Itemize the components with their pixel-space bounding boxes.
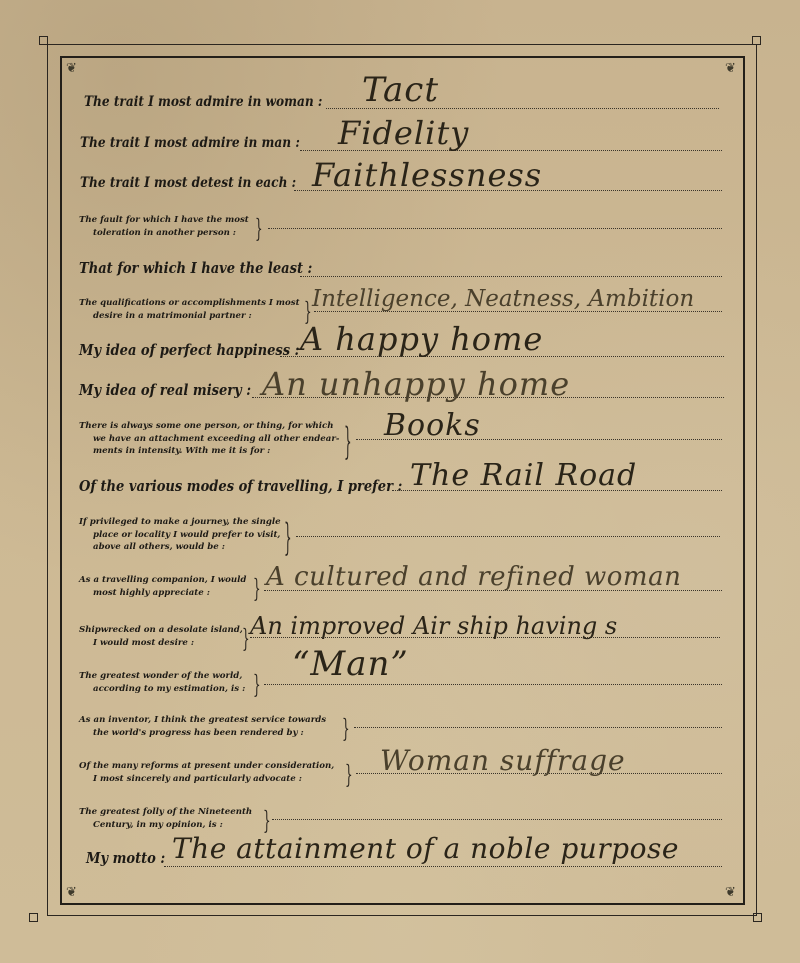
leaf-sprig-icon: ❦ [725,886,734,899]
handwritten-answer: An improved Air ship having s [250,612,617,640]
brace: } [344,420,352,463]
label-line: The greatest wonder of the world, [79,671,242,681]
leaf-sprig-icon: ❦ [725,62,734,75]
label-line: The qualifications or accomplishments I … [79,298,300,308]
corner-ornament-top-right [752,36,761,45]
label-line: As a travelling companion, I would [79,575,246,585]
question-label: If privileged to make a journey, the sin… [79,516,281,554]
question-label: The greatest folly of the Nineteenth Cen… [79,806,252,831]
label-line: The fault for which I have the most [79,215,249,225]
label-line: Of the many reforms at present under con… [79,761,334,771]
question-label: Of the many reforms at present under con… [79,760,334,785]
label-line: Century, in my opinion, is : [79,819,252,832]
label-line: place or locality I would prefer to visi… [79,529,281,542]
answer-line [268,228,722,229]
label-line: the world's progress has been rendered b… [79,727,326,740]
question-label: The qualifications or accomplishments I … [79,297,300,322]
answer-line [354,727,722,728]
brace: } [342,714,350,743]
corner-ornament-bottom-left [29,913,38,922]
handwritten-answer: Faithlessness [312,156,542,194]
question-label: The fault for which I have the most tole… [79,214,249,239]
label-line: we have an attachment exceeding all othe… [79,433,339,446]
label-line: As an inventor, I think the greatest ser… [79,715,326,725]
label-line: There is always some one person, or thin… [79,421,334,431]
handwritten-answer: Books [384,408,481,443]
label-line: The greatest folly of the Nineteenth [79,807,252,817]
question-label: As an inventor, I think the greatest ser… [79,714,326,739]
handwritten-answer: The Rail Road [410,458,637,493]
answer-line [264,684,722,685]
brace: } [253,574,261,603]
brace: } [263,806,271,835]
question-label: My idea of perfect happiness : [79,342,299,359]
label-line: above all others, would be : [79,541,281,554]
handwritten-answer: The attainment of a noble purpose [172,832,679,865]
handwritten-answer: An unhappy home [262,365,570,403]
label-line: according to my estimation, is : [79,683,245,696]
brace: } [253,670,261,699]
question-label: The trait I most detest in each : [80,175,296,191]
answer-line [300,276,722,277]
question-label: There is always some one person, or thin… [79,420,339,458]
question-label: As a travelling companion, I would most … [79,574,246,599]
corner-ornament-bottom-right [753,913,762,922]
handwritten-answer: A cultured and refined woman [266,562,681,592]
answer-line [296,536,720,537]
label-line: I most sincerely and particularly advoca… [79,773,334,786]
handwritten-answer: Tact [362,70,439,110]
question-label: The trait I most admire in woman : [84,94,322,110]
handwritten-answer: A happy home [300,320,543,358]
corner-ornament-top-left [39,36,48,45]
label-line: toleration in another person : [79,227,249,240]
brace: } [242,624,250,653]
question-label: That for which I have the least : [79,260,312,277]
question-label: The greatest wonder of the world, accord… [79,670,245,695]
question-label: My motto : [86,850,165,867]
question-label: The trait I most admire in man : [80,135,300,151]
handwritten-answer: Intelligence, Neatness, Ambition [312,286,694,312]
label-line: most highly appreciate : [79,587,246,600]
label-line: I would most desire : [79,637,243,650]
handwritten-answer: Fidelity [338,114,469,152]
label-line: If privileged to make a journey, the sin… [79,517,281,527]
question-label: Of the various modes of travelling, I pr… [79,478,402,495]
brace: } [284,516,292,559]
question-label: Shipwrecked on a desolate island, I woul… [79,624,243,649]
handwritten-answer: “Man” [292,644,409,684]
answer-line [164,866,722,867]
answer-line [272,819,722,820]
question-label: My idea of real misery : [79,382,251,399]
brace: } [345,760,353,789]
brace: } [255,214,263,243]
label-line: desire in a matrimonial partner : [79,310,300,323]
label-line: ments in intensity. With me it is for : [79,445,339,458]
leaf-sprig-icon: ❦ [66,886,75,899]
leaf-sprig-icon: ❦ [66,62,75,75]
label-line: Shipwrecked on a desolate island, [79,625,243,635]
handwritten-answer: Woman suffrage [380,744,626,777]
